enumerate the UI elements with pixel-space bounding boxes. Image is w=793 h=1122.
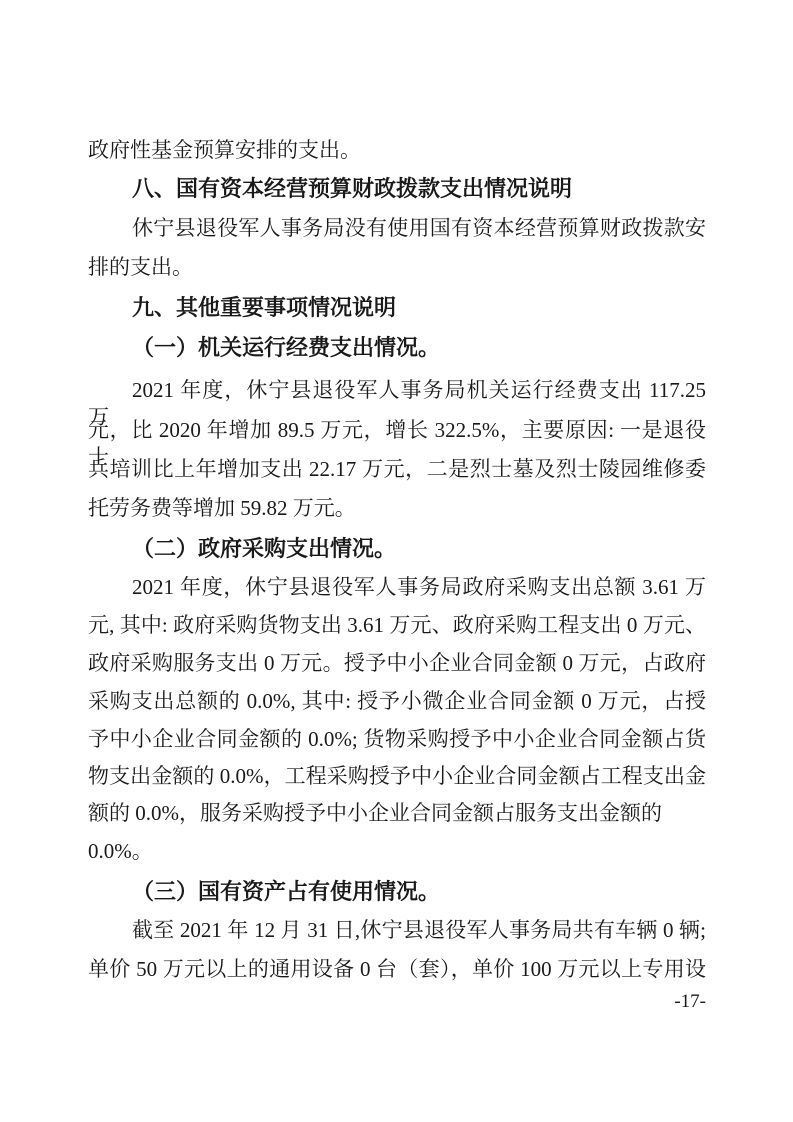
subsection-heading-1: （一）机关运行经费支出情况。	[88, 334, 706, 361]
text-line-assets-2: 单价 50 万元以上的通用设备 0 台（套），单价 100 万元以上专用设	[88, 956, 706, 983]
text-line-soe-budget-2: 排的支出。	[88, 254, 706, 281]
page-number: -17-	[88, 991, 706, 1013]
text-line-procurement-1: 2021 年度，休宁县退役军人事务局政府采购支出总额 3.61 万	[88, 574, 706, 601]
subsection-heading-2: （二）政府采购支出情况。	[88, 535, 706, 562]
text-line-assets-1: 截至 2021 年 12 月 31 日,休宁县退役军人事务局共有车辆 0 辆;	[88, 917, 706, 944]
document-page: 政府性基金预算安排的支出。 八、国有资本经营预算财政拨款支出情况说明 休宁县退役…	[0, 0, 793, 1122]
subsection-heading-3: （三）国有资产占有使用情况。	[88, 878, 706, 905]
text-line-procurement-6: 物支出金额的 0.0%，工程采购授予中小企业合同金额占工程支出金	[88, 763, 706, 790]
text-line-soe-budget-1: 休宁县退役军人事务局没有使用国有资本经营预算财政拨款安	[88, 215, 706, 242]
text-line-procurement-7: 额的 0.0%，服务采购授予中小企业合同金额占服务支出金额的	[88, 800, 706, 827]
text-line-procurement-8: 0.0%。	[88, 838, 706, 865]
text-line-operating-cost-3: 兵培训比上年增加支出 22.17 万元，二是烈士墓及烈士陵园维修委	[88, 456, 706, 483]
text-line-procurement-5: 予中小企业合同金额的 0.0%; 货物采购授予中小企业合同金额占货	[88, 726, 706, 753]
section-heading-9: 九、其他重要事项情况说明	[88, 294, 706, 321]
text-line-procurement-4: 采购支出总额的 0.0%, 其中: 授予小微企业合同金额 0 万元，占授	[88, 688, 706, 715]
section-heading-8: 八、国有资本经营预算财政拨款支出情况说明	[88, 175, 706, 202]
text-line-operating-cost-4: 托劳务费等增加 59.82 万元。	[88, 495, 706, 522]
text-line-procurement-2: 元, 其中: 政府采购货物支出 3.61 万元、政府采购工程支出 0 万元、	[88, 612, 706, 639]
text-line-procurement-3: 政府采购服务支出 0 万元。授予中小企业合同金额 0 万元，占政府	[88, 650, 706, 677]
text-line-fund-budget-tail: 政府性基金预算安排的支出。	[88, 137, 706, 164]
